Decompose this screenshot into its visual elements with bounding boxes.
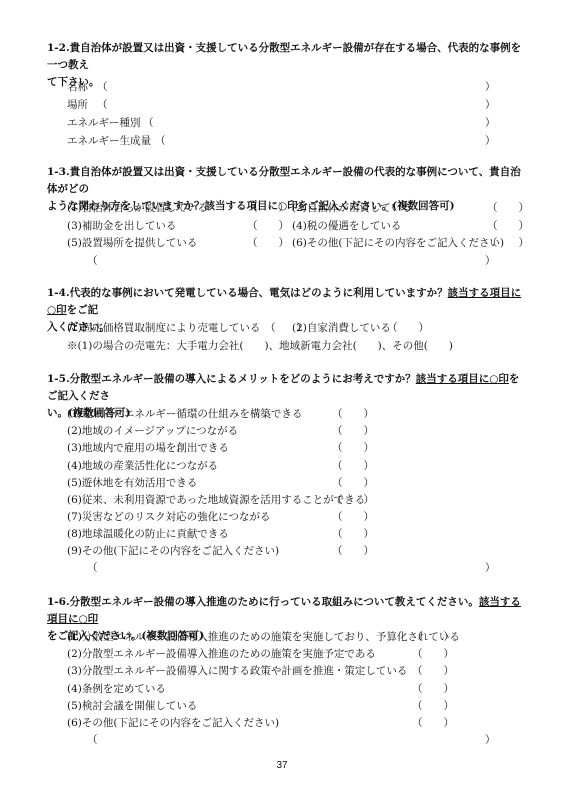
option-1-3-4[interactable]: (4)税の優遇をしている （ ） — [292, 218, 401, 235]
answer-mark[interactable]: （ ） — [387, 320, 429, 337]
field-energy-output[interactable]: エネルギー生成量 （ ） — [67, 133, 151, 150]
answer-mark[interactable]: （ ） — [412, 629, 454, 646]
answer-mark[interactable]: （ ） — [332, 543, 374, 560]
answer-mark[interactable]: （ ） — [332, 509, 374, 526]
answer-mark[interactable]: （ ） — [332, 475, 374, 492]
option-1-5-5[interactable]: (5)遊休地を有効活用できる（ ） — [67, 475, 197, 492]
option-1-4-1[interactable]: (1)固定価格買取制度により売電している （ ） — [67, 320, 260, 337]
answer-mark[interactable]: （ ） — [412, 663, 454, 680]
answer-mark[interactable]: （ ） — [332, 526, 374, 543]
option-1-3-1[interactable]: (1)自治体自らが設置している （ ） — [67, 200, 208, 217]
option-1-6-3[interactable]: (3)分散型エネルギー設備導入に関する政策や計画を推進・策定している（ ） — [67, 663, 407, 680]
option-1-5-7[interactable]: (7)災害などのリスク対応の強化につながる（ ） — [67, 509, 270, 526]
option-1-6-2[interactable]: (2)分散型エネルギー設備導入推進のための施策を実施予定である（ ） — [67, 646, 376, 663]
answer-mark[interactable]: （ ） — [487, 200, 529, 217]
answer-mark[interactable]: （ ） — [247, 218, 289, 235]
question-number: 1-2. — [47, 42, 70, 54]
option-1-5-3[interactable]: (3)地域内で雇用の場を創出できる（ ） — [67, 440, 229, 457]
answer-mark[interactable]: （ ） — [247, 200, 289, 217]
option-1-5-9[interactable]: (9)その他(下記にその内容をご記入ください)（ ） — [67, 543, 279, 560]
page-number: 37 — [0, 757, 564, 774]
answer-mark[interactable]: （ ） — [487, 218, 529, 235]
option-1-6-6[interactable]: (6)その他(下記にその内容をご記入ください)（ ） — [67, 715, 279, 732]
option-1-6-5[interactable]: (5)検討会議を開催している（ ） — [67, 698, 197, 715]
option-1-5-6[interactable]: (6)従来、未利用資源であった地域資源を活用することができる（ ） — [67, 492, 365, 509]
other-field-1-3[interactable]: （ ） — [87, 253, 98, 270]
answer-mark[interactable]: （ ） — [247, 235, 289, 252]
option-1-4-2[interactable]: (2)自家消費している （ ） — [292, 320, 391, 337]
other-field-1-5[interactable]: （ ） — [87, 560, 98, 577]
answer-mark[interactable]: （ ） — [332, 440, 374, 457]
answer-mark[interactable]: （ ） — [332, 423, 374, 440]
answer-mark[interactable]: （ ） — [412, 681, 454, 698]
sales-destination-note[interactable]: ※(1)の場合の売電先：大手電力会社( )、地域新電力会社( )、その他( ) — [67, 338, 453, 355]
option-1-6-1[interactable]: (1)分散型エネルギー設備導入推進のための施策を実施しており、予算化されている（… — [67, 629, 460, 646]
option-1-5-1[interactable]: (1)地域内にエネルギー循環の仕組みを構築できる（ ） — [67, 406, 302, 423]
option-1-3-2[interactable]: (2)自治体が出資している （ ） — [292, 200, 412, 217]
field-name[interactable]: 名称 （ ） — [67, 79, 88, 96]
field-energy-type[interactable]: エネルギー種別 （ ） — [67, 115, 141, 132]
option-1-3-6[interactable]: (6)その他(下記にその内容をご記入ください) （ ） — [292, 235, 504, 252]
answer-mark[interactable]: （ ） — [332, 406, 374, 423]
option-1-3-5[interactable]: (5)設置場所を提供している （ ） — [67, 235, 197, 252]
answer-mark[interactable]: （ ） — [412, 698, 454, 715]
answer-mark[interactable]: （ ） — [412, 646, 454, 663]
option-1-5-2[interactable]: (2)地域のイメージアップにつながる（ ） — [67, 423, 238, 440]
answer-mark[interactable]: （ ） — [412, 715, 454, 732]
option-1-6-4[interactable]: (4)条例を定めている（ ） — [67, 681, 166, 698]
option-1-3-3[interactable]: (3)補助金を出している （ ） — [67, 218, 176, 235]
answer-mark[interactable]: （ ） — [332, 492, 374, 509]
questionnaire-page: 1-2.貴自治体が設置又は出資・支援している分散型エネルギー設備が存在する場合、… — [0, 0, 564, 800]
answer-mark[interactable]: （ ） — [332, 458, 374, 475]
option-1-5-4[interactable]: (4)地域の産業活性化につながる（ ） — [67, 458, 218, 475]
option-1-5-8[interactable]: (8)地球温暖化の防止に貢献できる（ ） — [67, 526, 229, 543]
question-1-2-title: 1-2.貴自治体が設置又は出資・支援している分散型エネルギー設備が存在する場合、… — [47, 40, 522, 91]
field-location[interactable]: 場所 （ ） — [67, 97, 88, 114]
answer-mark[interactable]: （ ） — [487, 235, 529, 252]
other-field-1-6[interactable]: （ ） — [87, 732, 98, 749]
